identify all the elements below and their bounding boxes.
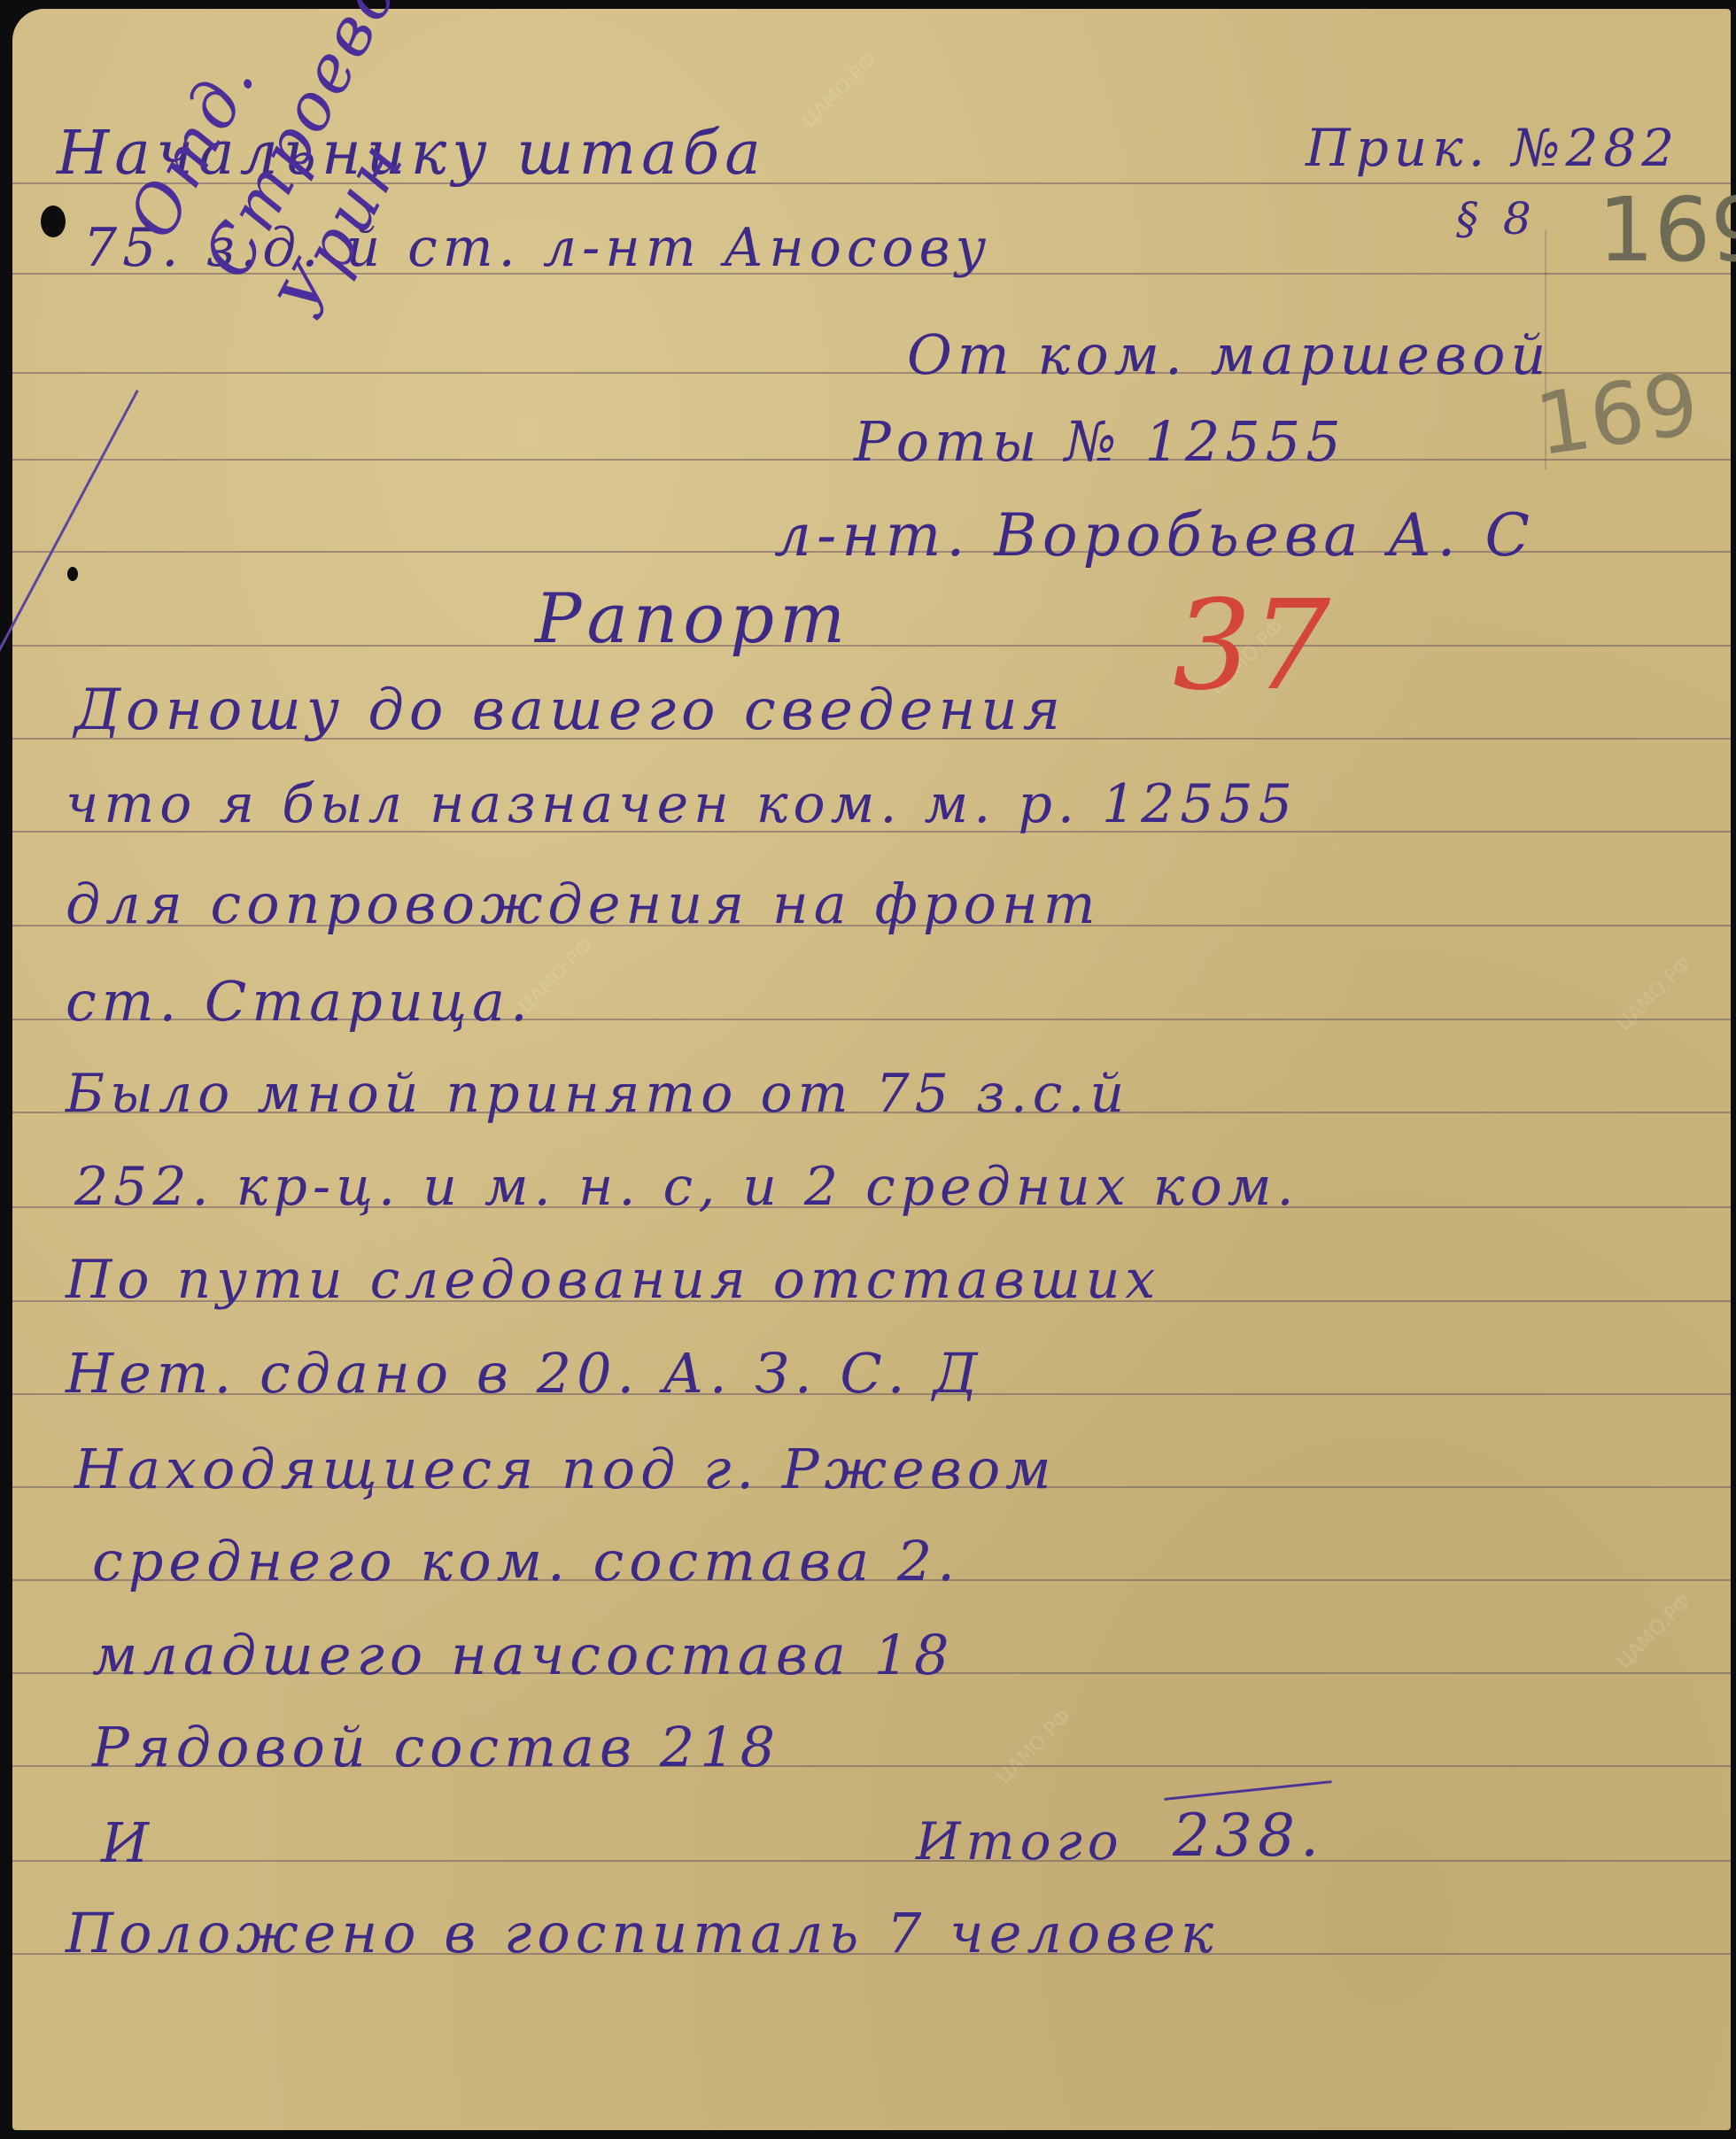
document-title: Рапорт (535, 585, 850, 654)
final-line-hospitalized: Положено в госпиталь 7 человек (66, 1906, 1219, 1961)
paper-hole (67, 567, 78, 581)
sender-line-3: л-нт. Воробьева А. С (774, 507, 1535, 565)
body-line: Находящиеся под г. Ржевом (74, 1442, 1057, 1497)
sender-line-2: Роты № 12555 (854, 415, 1346, 469)
body-line: Было мной принято от 75 з.с.й (66, 1067, 1129, 1120)
watermark: ЦАМО.РФ (1613, 953, 1696, 1036)
resolution-stroke (0, 390, 139, 719)
total-prefix: И (101, 1816, 154, 1871)
archive-page-number: 169 (1598, 186, 1736, 275)
body-line: По пути следования отставших (66, 1253, 1160, 1306)
ruled-line (12, 1860, 1731, 1862)
order-reference: Прик. №282 (1306, 122, 1679, 174)
body-line: младшего начсостава 18 (92, 1628, 954, 1683)
archive-page-number-crossed: 169 (1531, 361, 1703, 469)
sender-line-1: От ком. маршевой (907, 328, 1551, 383)
body-line: Доношу до вашего сведения (74, 682, 1066, 739)
body-line: ст. Старица. (66, 974, 533, 1029)
total-label: Итого (916, 1816, 1124, 1867)
watermark: ЦАМО.РФ (993, 1706, 1076, 1789)
body-line: что я был назначен ком. м. р. 12555 (66, 778, 1298, 831)
body-line: среднего ком. состава 2. (92, 1534, 960, 1589)
red-document-number: 37 (1173, 585, 1330, 709)
total-value: 238. (1173, 1807, 1324, 1865)
body-line: Рядовой состав 218 (92, 1720, 780, 1775)
body-line: для сопровождения на фронт (66, 877, 1101, 932)
paper-hole (41, 205, 66, 237)
body-line: 252. кр-ц. и м. н. с, и 2 средних ком. (74, 1160, 1299, 1213)
total-overline (1164, 1780, 1331, 1801)
watermark: ЦАМО.РФ (798, 50, 881, 133)
ruled-line (12, 645, 1731, 647)
document-sheet: ЦАМО.РФ ЦАМО.РФ ЦАМО.РФ ЦАМО.РФ ЦАМО.РФ … (12, 9, 1731, 2130)
paragraph-reference: § 8 (1456, 197, 1537, 241)
watermark: ЦАМО.РФ (1613, 1591, 1696, 1674)
body-line: Нет. сдано в 20. А. З. С. Д (66, 1346, 983, 1401)
